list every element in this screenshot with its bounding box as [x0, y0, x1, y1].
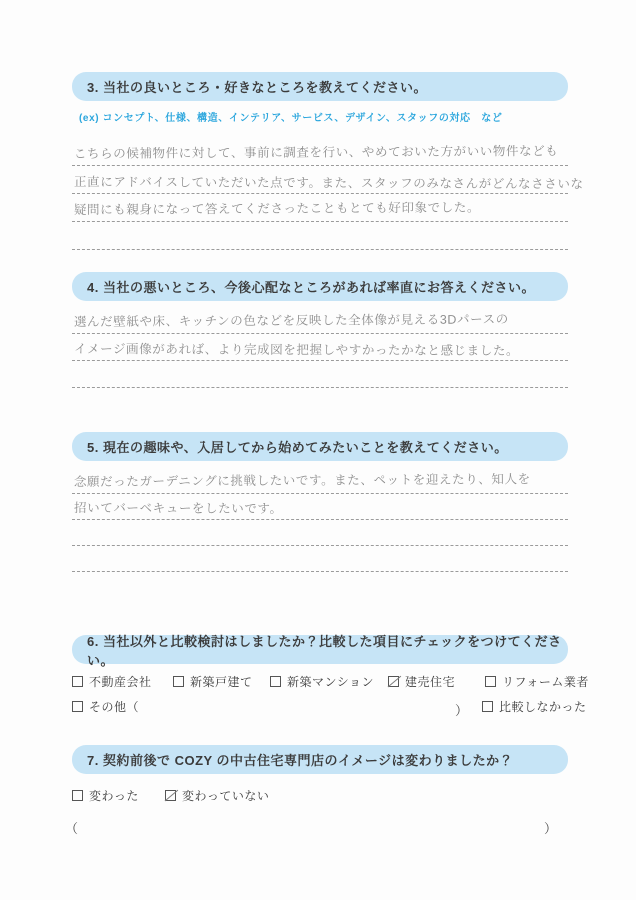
checkbox-label: 建売住宅	[405, 673, 455, 690]
checkbox-shinchiku-mansion: 新築マンション	[270, 673, 374, 690]
handwritten-text: 招いてバーベキューをしたいです。	[72, 498, 283, 520]
question-7-options-row: 変わった 変わっていない	[72, 787, 568, 811]
checkbox-reform-gyosha: リフォーム業者	[485, 673, 589, 690]
answer-line	[72, 361, 568, 388]
question-5-section: 5. 現在の趣味や、入居してから始めてみたいことを教えてください。 念願だったガ…	[72, 432, 568, 572]
question-7-title: 7. 契約前後で COZY の中古住宅専門店のイメージは変わりましたか？	[87, 750, 513, 769]
handwritten-text: 疑問にも親身になって答えてくださったこともとても好印象でした。	[72, 198, 480, 221]
answer-line	[72, 520, 568, 546]
free-comment-paren-line: （ ）	[65, 818, 557, 837]
checkbox-icon	[72, 676, 83, 687]
checkbox-label: 変わっていない	[182, 787, 269, 804]
handwritten-text	[72, 568, 74, 571]
question-4-header: 4. 当社の悪いところ、今後心配なところがあれば率直にお答えください。	[72, 272, 568, 301]
answer-line: 念願だったガーデニングに挑戦したいです。また、ペットを迎えたり、知人を	[72, 468, 568, 494]
handwritten-text: イメージ画像があれば、より完成図を把握しやすかったかなと感じました。	[72, 339, 519, 362]
question-6-header: 6. 当社以外と比較検討はしましたか？比較した項目にチェックをつけてください。	[72, 635, 568, 664]
checkbox-icon	[482, 701, 493, 712]
checkbox-fudosan-gaisha: 不動産会社	[72, 673, 152, 690]
question-3-section: 3. 当社の良いところ・好きなところを教えてください。 (ex) コンセプト、仕…	[72, 72, 568, 250]
checkbox-sonota: その他（	[72, 698, 139, 715]
checkbox-icon	[72, 790, 83, 801]
handwritten-text: 念願だったガーデニングに挑戦したいです。また、ペットを迎えたり、知人を	[72, 469, 531, 493]
question-3-header: 3. 当社の良いところ・好きなところを教えてください。	[72, 72, 568, 101]
answer-line: 正直にアドバイスしていただいた点です。また、スタッフのみなさんがどんなささいな	[72, 166, 568, 194]
checkbox-icon	[485, 676, 496, 687]
other-close-paren: ）	[455, 700, 468, 719]
checkbox-icon	[165, 790, 176, 801]
close-paren: ）	[544, 818, 557, 837]
question-7-section: 7. 契約前後で COZY の中古住宅専門店のイメージは変わりましたか？ 変わっ…	[72, 745, 568, 837]
answer-line: こちらの候補物件に対して、事前に調査を行い、やめておいた方がいい物件なども	[72, 138, 568, 166]
answer-line: 選んだ壁紙や床、キッチンの色などを反映した全体像が見える3Dパースの	[72, 307, 568, 334]
checkbox-kawatteinai: 変わっていない	[165, 787, 269, 804]
checkbox-label: 新築マンション	[287, 673, 374, 690]
checkbox-kawatta: 変わった	[72, 787, 139, 804]
survey-scan-page: 3. 当社の良いところ・好きなところを教えてください。 (ex) コンセプト、仕…	[0, 0, 636, 900]
checkbox-label: 変わった	[89, 787, 139, 804]
checkbox-label: 不動産会社	[89, 673, 152, 690]
checkbox-icon	[270, 676, 281, 687]
answer-line: 招いてバーベキューをしたいです。	[72, 494, 568, 520]
handwritten-text	[72, 384, 74, 387]
open-paren: （	[65, 818, 78, 837]
checkbox-shinchiku-kodate: 新築戸建て	[173, 673, 253, 690]
checkbox-icon	[72, 701, 83, 712]
handwritten-text	[72, 542, 74, 545]
handwritten-text: 選んだ壁紙や床、キッチンの色などを反映した全体像が見える3Dパースの	[72, 309, 509, 333]
handwritten-text: こちらの候補物件に対して、事前に調査を行い、やめておいた方がいい物件なども	[72, 141, 559, 165]
answer-line: イメージ画像があれば、より完成図を把握しやすかったかなと感じました。	[72, 334, 568, 361]
question-5-header: 5. 現在の趣味や、入居してから始めてみたいことを教えてください。	[72, 432, 568, 461]
question-3-answer-area: こちらの候補物件に対して、事前に調査を行い、やめておいた方がいい物件なども 正直…	[72, 138, 568, 250]
checkbox-label: 新築戸建て	[190, 673, 253, 690]
checkbox-label: 比較しなかった	[499, 698, 587, 715]
question-6-title: 6. 当社以外と比較検討はしましたか？比較した項目にチェックをつけてください。	[87, 631, 568, 669]
question-7-header: 7. 契約前後で COZY の中古住宅専門店のイメージは変わりましたか？	[72, 745, 568, 774]
checkbox-label: リフォーム業者	[502, 673, 589, 690]
checkbox-tateuri-jutaku: 建売住宅	[388, 673, 455, 690]
answer-line	[72, 222, 568, 250]
question-6-section: 6. 当社以外と比較検討はしましたか？比較した項目にチェックをつけてください。 …	[72, 635, 568, 722]
question-6-options-row-1: 不動産会社 新築戸建て 新築マンション 建売住宅 リフォーム業者	[72, 673, 568, 697]
answer-line	[72, 546, 568, 572]
handwritten-text	[72, 246, 74, 249]
question-4-section: 4. 当社の悪いところ、今後心配なところがあれば率直にお答えください。 選んだ壁…	[72, 272, 568, 388]
question-3-title: 3. 当社の良いところ・好きなところを教えてください。	[87, 77, 427, 96]
question-5-title: 5. 現在の趣味や、入居してから始めてみたいことを教えてください。	[87, 437, 508, 456]
question-6-options-row-2: その他（ ） 比較しなかった	[72, 698, 568, 722]
answer-line: 疑問にも親身になって答えてくださったこともとても好印象でした。	[72, 194, 568, 222]
question-4-title: 4. 当社の悪いところ、今後心配なところがあれば率直にお答えください。	[87, 277, 535, 296]
question-3-example: (ex) コンセプト、仕様、構造、インテリア、サービス、デザイン、スタッフの対応…	[79, 109, 568, 124]
handwritten-text: 正直にアドバイスしていただいた点です。また、スタッフのみなさんがどんなささいな	[72, 172, 584, 195]
checkbox-icon	[388, 676, 399, 687]
question-5-answer-area: 念願だったガーデニングに挑戦したいです。また、ペットを迎えたり、知人を 招いてバ…	[72, 468, 568, 572]
checkbox-label: その他（	[89, 698, 139, 715]
checkbox-hikaku-shinakatta: 比較しなかった	[482, 698, 587, 715]
checkbox-icon	[173, 676, 184, 687]
question-4-answer-area: 選んだ壁紙や床、キッチンの色などを反映した全体像が見える3Dパースの イメージ画…	[72, 307, 568, 388]
